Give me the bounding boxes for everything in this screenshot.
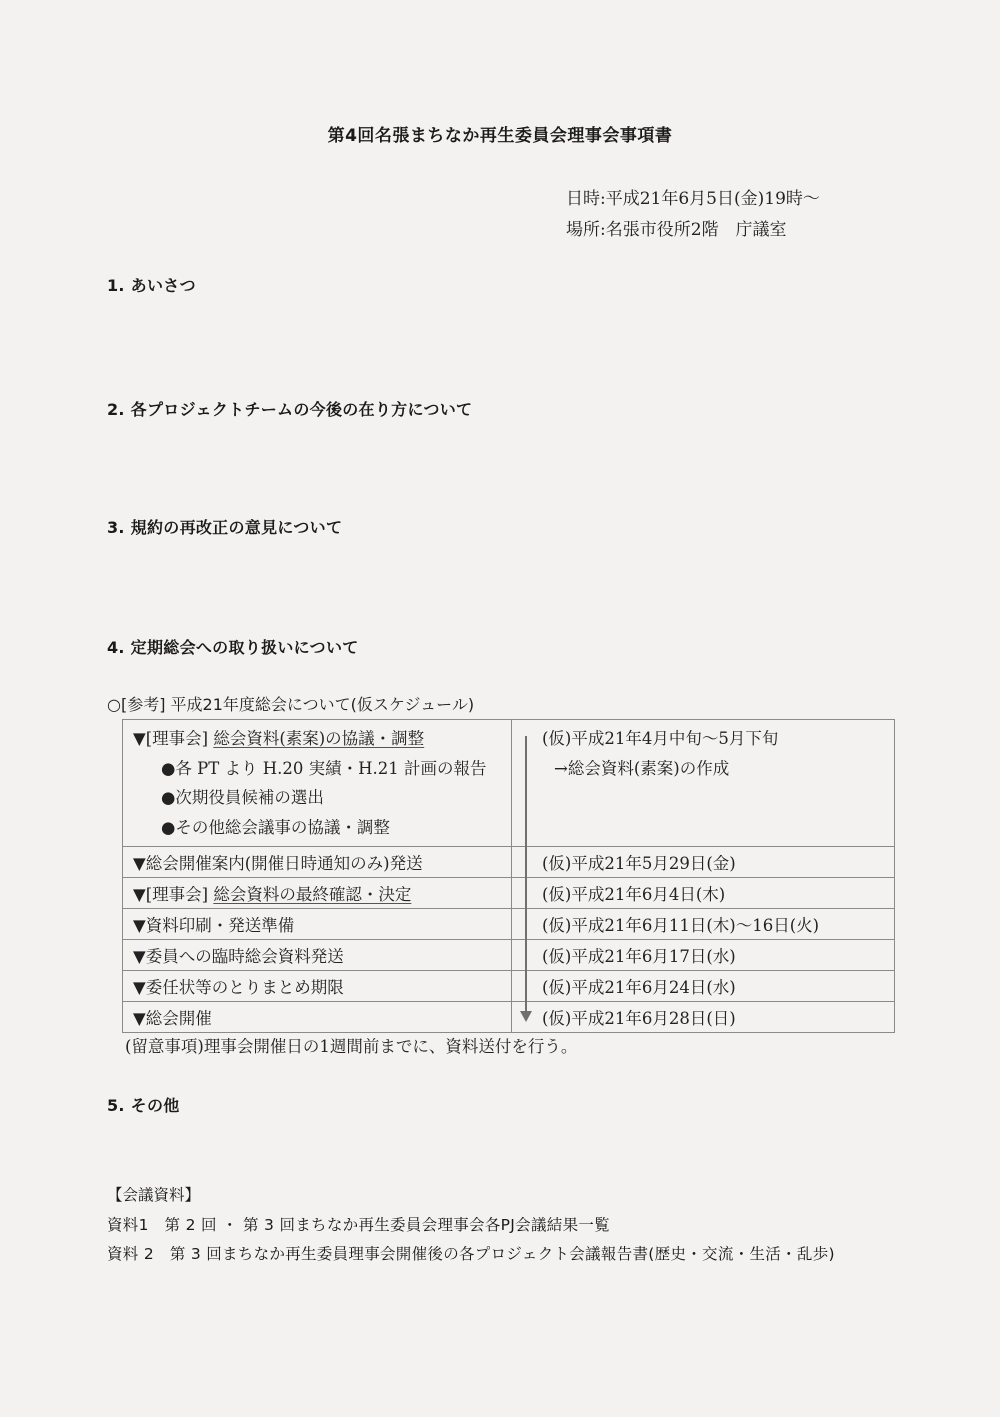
arrow-down-icon (520, 1011, 532, 1022)
schedule-task-cell: ▼[理事会] 総会資料(素案)の協議・調整 ●各 PT より H.20 実績・H… (123, 720, 512, 847)
reference-heading: ○[参考] 平成21年度総会について(仮スケジュール) (107, 692, 474, 715)
schedule-task: ▼委員への臨時総会資料発送 (123, 940, 512, 971)
section-1-heading: 1. あいさつ (107, 273, 196, 296)
material-item: 資料1 第 2 回 ・ 第 3 回まちなか再生委員会理事会各PJ会議結果一覧 (107, 1213, 610, 1235)
schedule-sub-item: ●その他総会議事の協議・調整 (133, 813, 511, 843)
material-item: 資料 2 第 3 回まちなか再生委員理事会開催後の各プロジェクト会議報告書(歴史… (107, 1242, 835, 1264)
schedule-task: ▼総会開催案内(開催日時通知のみ)発送 (123, 847, 512, 878)
timeline-arrow-line (525, 736, 527, 1014)
materials-heading: 【会議資料】 (107, 1183, 200, 1205)
section-5-heading: 5. その他 (107, 1093, 180, 1116)
schedule-table: ▼[理事会] 総会資料(素案)の協議・調整 ●各 PT より H.20 実績・H… (122, 719, 895, 1033)
schedule-row: ▼委員への臨時総会資料発送 (仮)平成21年6月17日(水) (123, 940, 895, 971)
section-3-heading: 3. 規約の再改正の意見について (107, 515, 342, 538)
schedule-task: ▼[理事会] 総会資料の最終確認・決定 (123, 878, 512, 909)
schedule-row: ▼委任状等のとりまとめ期限 (仮)平成21年6月24日(水) (123, 971, 895, 1002)
schedule-row: ▼[理事会] 総会資料(素案)の協議・調整 ●各 PT より H.20 実績・H… (123, 720, 895, 847)
task-prefix: ▼[理事会] (133, 885, 213, 904)
schedule-task: ▼総会開催 (123, 1002, 512, 1033)
schedule-date: (仮)平成21年6月28日(日) (512, 1002, 895, 1033)
schedule-row: ▼総会開催案内(開催日時通知のみ)発送 (仮)平成21年5月29日(金) (123, 847, 895, 878)
schedule-date: (仮)平成21年6月24日(水) (512, 971, 895, 1002)
schedule-row: ▼資料印刷・発送準備 (仮)平成21年6月11日(木)～16日(火) (123, 909, 895, 940)
section-4-heading: 4. 定期総会への取り扱いについて (107, 635, 359, 658)
schedule-date: (仮)平成21年6月17日(水) (512, 940, 895, 971)
schedule-date-cell: (仮)平成21年4月中旬～5月下旬 →総会資料(素案)の作成 (512, 720, 895, 847)
schedule-sub-item: ●次期役員候補の選出 (133, 783, 511, 813)
schedule-date: (仮)平成21年6月11日(木)～16日(火) (512, 909, 895, 940)
meeting-datetime: 日時:平成21年6月5日(金)19時～ (566, 184, 820, 209)
schedule-task: ▼[理事会] 総会資料(素案)の協議・調整 (133, 724, 511, 754)
schedule-date: (仮)平成21年4月中旬～5月下旬 (542, 724, 894, 754)
schedule-date: (仮)平成21年5月29日(金) (512, 847, 895, 878)
task-prefix: ▼[理事会] (133, 729, 213, 748)
schedule-note: (留意事項)理事会開催日の1週間前までに、資料送付を行う。 (125, 1033, 577, 1057)
meeting-location: 場所:名張市役所2階 庁議室 (566, 215, 787, 240)
section-2-heading: 2. 各プロジェクトチームの今後の在り方について (107, 397, 472, 420)
schedule-date-note: →総会資料(素案)の作成 (542, 754, 894, 784)
task-underlined-text: 総会資料(素案)の協議・調整 (213, 729, 424, 748)
schedule-date: (仮)平成21年6月4日(木) (512, 878, 895, 909)
schedule-row: ▼[理事会] 総会資料の最終確認・決定 (仮)平成21年6月4日(木) (123, 878, 895, 909)
task-underlined-text: 総会資料の最終確認・決定 (213, 885, 411, 904)
schedule-row: ▼総会開催 (仮)平成21年6月28日(日) (123, 1002, 895, 1033)
schedule-task: ▼委任状等のとりまとめ期限 (123, 971, 512, 1002)
schedule-task: ▼資料印刷・発送準備 (123, 909, 512, 940)
schedule-sub-item: ●各 PT より H.20 実績・H.21 計画の報告 (133, 754, 511, 784)
document-title: 第4回名張まちなか再生委員会理事会事項書 (0, 121, 1000, 146)
